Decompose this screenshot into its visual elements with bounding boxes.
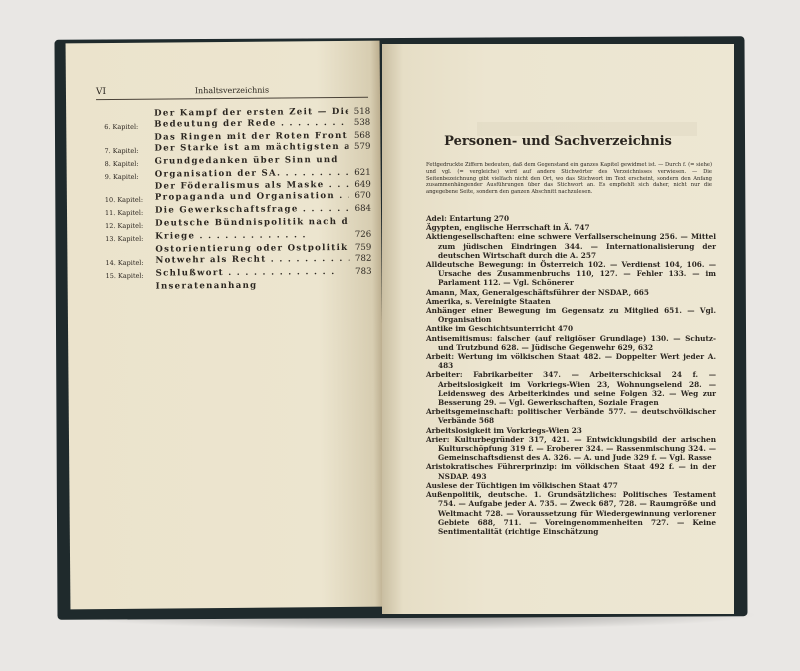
toc-chapter-label: 7. Kapitel: [104,143,154,156]
toc-page: 670 [349,191,371,204]
index-entry: Arbeitslosigkeit im Vorkriegs-Wien 23 [426,426,716,435]
right-page: Personen- und Sachverzeichnis Fettgedruc… [382,44,734,614]
toc-page: 783 [349,267,371,280]
index-entry: Alldeutsche Bewegung: in Österreich 102.… [426,260,716,288]
toc-chapter-label: 12. Kapitel: [105,219,155,232]
table-of-contents: Der Kampf der ersten Zeit — Die . . . . … [104,107,372,293]
toc-page: 649 [349,180,371,191]
index-entries: Adel: Entartung 270Ägypten, englische He… [426,214,716,536]
toc-page: 684 [349,204,371,217]
index-entry: Außenpolitik, deutsche. 1. Grundsätzlich… [426,490,716,536]
toc-chapter-label: 13. Kapitel: [105,232,155,245]
toc-page: 518 [348,107,370,118]
index-entry: Arier: Kulturbegründer 317, 421. — Entwi… [426,435,716,463]
toc-page: 568 [348,131,370,142]
toc-row: Inseratenanhang [106,279,372,292]
index-entry: Amann, Max, Generalgeschäftsführer der N… [426,288,716,297]
toc-title: Inseratenanhang [156,280,350,293]
toc-chapter-label: 15. Kapitel: [106,268,156,281]
index-entry: Antisemitismus: falscher (auf religiöser… [426,334,716,352]
index-entry: Arbeit: Wertung im völkischen Staat 482.… [426,352,716,370]
index-title: Personen- und Sachverzeichnis [382,134,734,149]
index-entry: Anhänger einer Bewegung im Gegensatz zu … [426,306,716,324]
toc-chapter-label: 9. Kapitel: [105,169,155,182]
toc-chapter-label [105,245,155,256]
index-entry: Aktiengesellschaften: eine schwere Verfa… [426,232,716,260]
toc-chapter-label [105,182,155,193]
index-entry: Antike im Geschichtsunterricht 470 [426,324,716,333]
toc-page: 759 [349,243,371,254]
index-entry: Ägypten, englische Herrschaft in Ä. 747 [426,223,716,232]
index-entry: Arbeitsgemeinschaft: politischer Verbänd… [426,407,716,425]
toc-chapter-label [104,132,154,143]
toc-chapter-label [104,109,154,120]
index-intro: Fettgedruckte Ziffern bedeuten, daß dem … [426,162,712,196]
index-entry: Amerika, s. Vereinigte Staaten [426,297,716,306]
toc-page: 782 [349,254,371,267]
page-number: VI [96,87,106,97]
toc-page [349,154,371,167]
index-entry: Adel: Entartung 270 [426,214,716,223]
toc-chapter-label: 6. Kapitel: [104,120,154,133]
toc-chapter-label: 11. Kapitel: [105,206,155,219]
toc-page: 621 [349,167,371,180]
index-entry: Aristokratisches Führerprinzip: im völki… [426,462,716,480]
index-entry: Arbeiter: Fabrikarbeiter 347. — Arbeiter… [426,370,716,407]
toc-page: 726 [349,230,371,243]
toc-chapter-label: 10. Kapitel: [105,193,155,206]
toc-chapter-label [106,281,156,292]
toc-chapter-label: 14. Kapitel: [105,255,155,268]
toc-page: 538 [348,118,370,131]
index-entry: Auslese der Tüchtigen im völkischen Staa… [426,481,716,490]
running-head-title: Inhaltsverzeichnis [195,86,269,96]
toc-page [350,279,372,290]
running-head: VI Inhaltsverzeichnis [96,85,368,100]
toc-page: 579 [348,141,370,154]
left-page: VI Inhaltsverzeichnis Der Kampf der erst… [66,41,385,610]
toc-chapter-label: 8. Kapitel: [105,156,155,169]
toc-page [349,217,371,230]
